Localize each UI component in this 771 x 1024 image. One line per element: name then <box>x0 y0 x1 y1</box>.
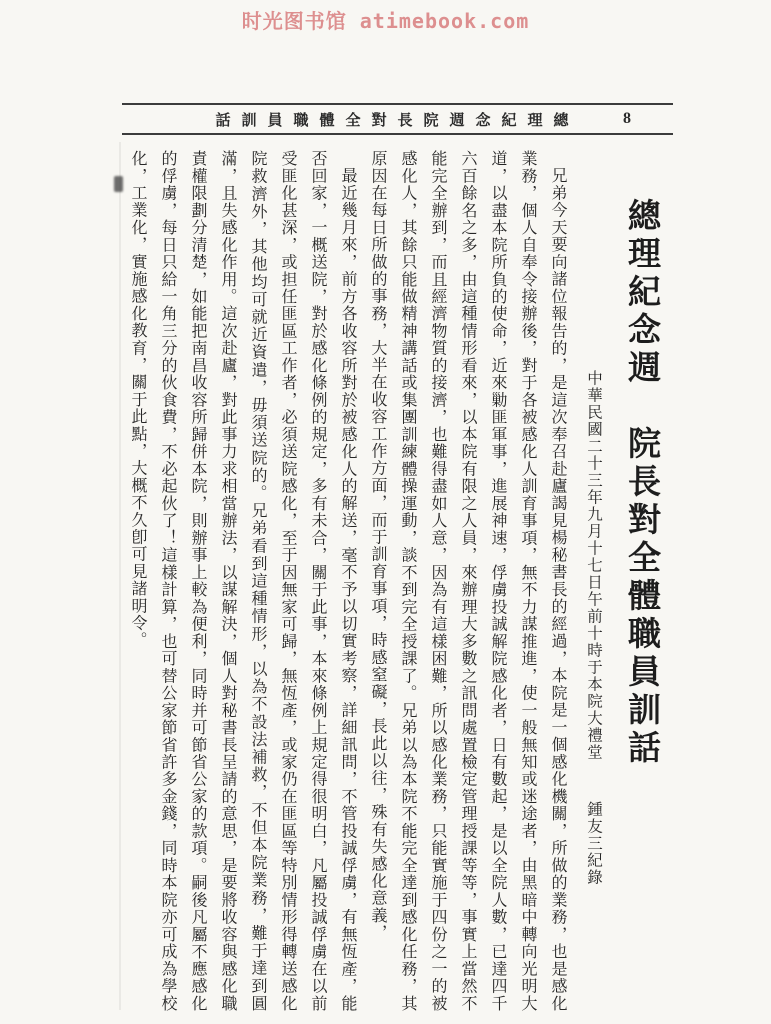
body-paragraph: 最近幾月來，前方各收容所對於被感化人的解送，毫不予以切實考察，詳細訊問，不管投誠… <box>122 150 362 1012</box>
article-byline: 中華民國二十三年九月十七日午前十時于本院大禮堂鍾友三紀錄 <box>582 150 604 1012</box>
article-body: 兄弟今天要向諸位報告的，是這次奉召赴廬謁見楊秘書長的經過，本院是一個感化機關，所… <box>122 150 572 1012</box>
byline-spacer <box>593 761 594 801</box>
running-head-band: 話訓員職體全對長院週念紀理總 8 <box>122 103 673 135</box>
page-number: 8 <box>623 110 631 128</box>
body-paragraph: 兄弟今天要向諸位報告的，是這次奉召赴廬謁見楊秘書長的經過，本院是一個感化機關，所… <box>362 150 572 1012</box>
article-dateline: 中華民國二十三年九月十七日午前十時于本院大禮堂 <box>585 370 602 761</box>
article-title: 總理紀念週 院長對全體職員訓話 <box>618 150 665 1012</box>
article-recorder: 鍾友三紀錄 <box>585 801 602 886</box>
library-watermark: 时光图书馆 atimebook.com <box>0 5 771 34</box>
vertical-text-block: 總理紀念週 院長對全體職員訓話 中華民國二十三年九月十七日午前十時于本院大禮堂鍾… <box>122 150 665 1012</box>
scan-gutter-line <box>119 142 121 1010</box>
scanned-book-page: 时光图书馆 atimebook.com 話訓員職體全對長院週念紀理總 8 總理紀… <box>0 0 771 1024</box>
running-title: 話訓員職體全對長院週念紀理總 <box>122 109 673 130</box>
